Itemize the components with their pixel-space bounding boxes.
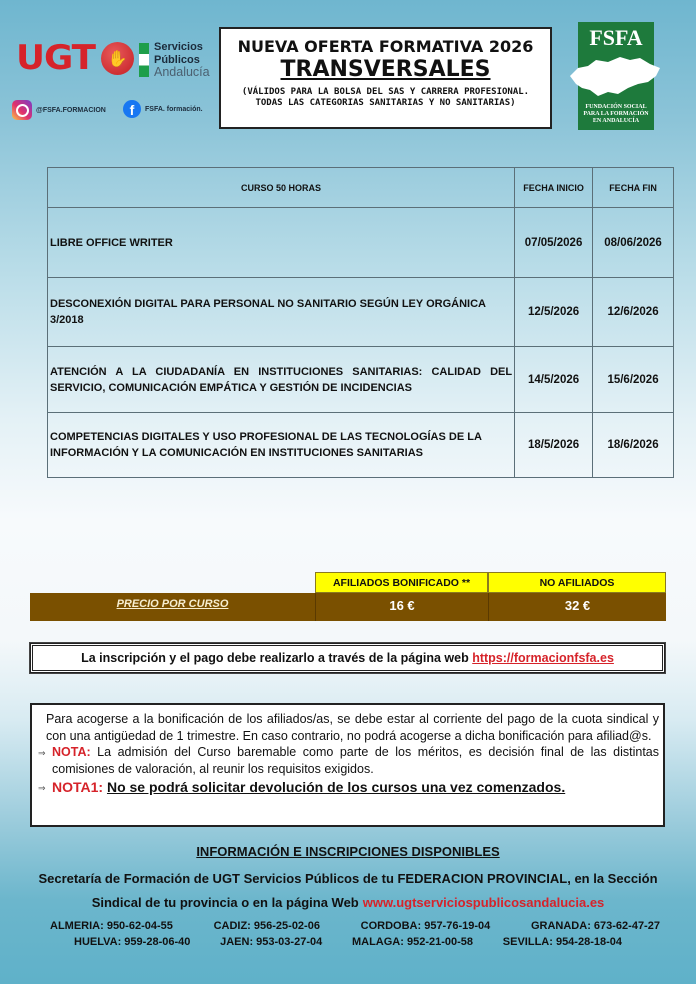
ugt-logo: UGT bbox=[16, 40, 95, 76]
table-header-row: CURSO 50 HORAS FECHA INICIO FECHA FIN bbox=[48, 168, 674, 208]
info-line-2: Sindical de tu provincia o en la página … bbox=[0, 895, 696, 910]
phone-granada: GRANADA: 673-62-47-27 bbox=[531, 918, 660, 934]
phone-cadiz: CADIZ: 956-25-02-06 bbox=[214, 918, 320, 934]
course-start: 18/5/2026 bbox=[515, 413, 593, 478]
course-end: 12/6/2026 bbox=[593, 278, 674, 347]
table-row: LIBRE OFFICE WRITER 07/05/2026 08/06/202… bbox=[48, 208, 674, 278]
header-start-date: FECHA INICIO bbox=[515, 168, 593, 208]
andalucia-flag-icon bbox=[139, 43, 149, 77]
course-end: 15/6/2026 bbox=[593, 347, 674, 413]
arrow-right-icon: ⇒ bbox=[38, 779, 52, 797]
course-name: DESCONEXIÓN DIGITAL PARA PERSONAL NO SAN… bbox=[48, 278, 515, 347]
title-note-2: TODAS LAS CATEGORIAS SANITARIAS Y NO SAN… bbox=[221, 98, 550, 109]
bonification-paragraph: Para acogerse a la bonificación de los a… bbox=[46, 711, 659, 744]
course-name: ATENCIÓN A LA CIUDADANÍA EN INSTITUCIONE… bbox=[48, 347, 515, 413]
website-link[interactable]: www.ugtserviciospublicosandalucia.es bbox=[363, 895, 605, 910]
course-start: 14/5/2026 bbox=[515, 347, 593, 413]
title-note-1: (VÁLIDOS PARA LA BOLSA DEL SAS Y CARRERA… bbox=[221, 87, 550, 98]
course-name: COMPETENCIAS DIGITALES Y USO PROFESIONAL… bbox=[48, 413, 515, 478]
price-header-no-afiliados: NO AFILIADOS bbox=[488, 572, 666, 593]
info-line-1: Secretaría de Formación de UGT Servicios… bbox=[0, 871, 696, 886]
phone-sevilla: SEVILLA: 954-28-18-04 bbox=[503, 934, 622, 950]
price-no-afiliados: 32 € bbox=[488, 593, 666, 621]
inscription-box: La inscripción y el pago debe realizarlo… bbox=[30, 643, 665, 673]
title-category: TRANSVERSALES bbox=[221, 57, 550, 83]
title-box: NUEVA OFERTA FORMATIVA 2026 TRANSVERSALE… bbox=[219, 27, 552, 129]
table-row: DESCONEXIÓN DIGITAL PARA PERSONAL NO SAN… bbox=[48, 278, 674, 347]
table-row: ATENCIÓN A LA CIUDADANÍA EN INSTITUCIONE… bbox=[48, 347, 674, 413]
phone-huelva: HUELVA: 959-28-06-40 bbox=[74, 934, 190, 950]
course-start: 07/05/2026 bbox=[515, 208, 593, 278]
info-title: INFORMACIÓN E INSCRIPCIONES DISPONIBLES bbox=[0, 844, 696, 859]
fsfa-logo: FSFA FUNDACIÓN SOCIAL PARA LA FORMACIÓN … bbox=[578, 22, 654, 130]
courses-table: CURSO 50 HORAS FECHA INICIO FECHA FIN LI… bbox=[47, 167, 674, 478]
course-name: LIBRE OFFICE WRITER bbox=[48, 208, 515, 278]
title-main: NUEVA OFERTA FORMATIVA 2026 bbox=[221, 37, 550, 57]
phone-malaga: MALAGA: 952-21-00-58 bbox=[352, 934, 473, 950]
course-end: 18/6/2026 bbox=[593, 413, 674, 478]
header-end-date: FECHA FIN bbox=[593, 168, 674, 208]
inscription-link[interactable]: https://formacionfsfa.es bbox=[472, 651, 614, 665]
price-row-label: PRECIO POR CURSO bbox=[30, 593, 315, 621]
phone-jaen: JAEN: 953-03-27-04 bbox=[220, 934, 322, 950]
notes-box: Para acogerse a la bonificación de los a… bbox=[30, 703, 665, 827]
phone-cordoba: CORDOBA: 957-76-19-04 bbox=[361, 918, 491, 934]
header-course: CURSO 50 HORAS bbox=[48, 168, 515, 208]
facebook-icon: f bbox=[123, 100, 141, 118]
table-row: COMPETENCIAS DIGITALES Y USO PROFESIONAL… bbox=[48, 413, 674, 478]
phone-almeria: ALMERIA: 950-62-04-55 bbox=[50, 918, 173, 934]
price-header: AFILIADOS BONIFICADO ** NO AFILIADOS bbox=[315, 572, 666, 593]
andalucia-map-icon bbox=[568, 54, 664, 99]
facebook-link[interactable]: f FSFA. formación. bbox=[123, 100, 203, 118]
handshake-icon: ✋ bbox=[101, 42, 134, 75]
nota1: ⇒ NOTA1: No se podrá solicitar devolució… bbox=[38, 779, 659, 797]
servicios-publicos-logo: Servicios Públicos Andalucía bbox=[154, 41, 210, 79]
instagram-icon bbox=[12, 100, 32, 120]
nota: ⇒ NOTA: La admisión del Curso baremable … bbox=[38, 744, 659, 777]
instagram-link[interactable]: @FSFA.FORMACION bbox=[12, 100, 106, 120]
price-afiliados: 16 € bbox=[315, 593, 488, 621]
price-header-afiliados: AFILIADOS BONIFICADO ** bbox=[315, 572, 488, 593]
course-end: 08/06/2026 bbox=[593, 208, 674, 278]
price-row: PRECIO POR CURSO 16 € 32 € bbox=[30, 593, 666, 621]
arrow-right-icon: ⇒ bbox=[38, 744, 52, 762]
phone-list: ALMERIA: 950-62-04-55 CADIZ: 956-25-02-0… bbox=[50, 918, 660, 950]
course-start: 12/5/2026 bbox=[515, 278, 593, 347]
